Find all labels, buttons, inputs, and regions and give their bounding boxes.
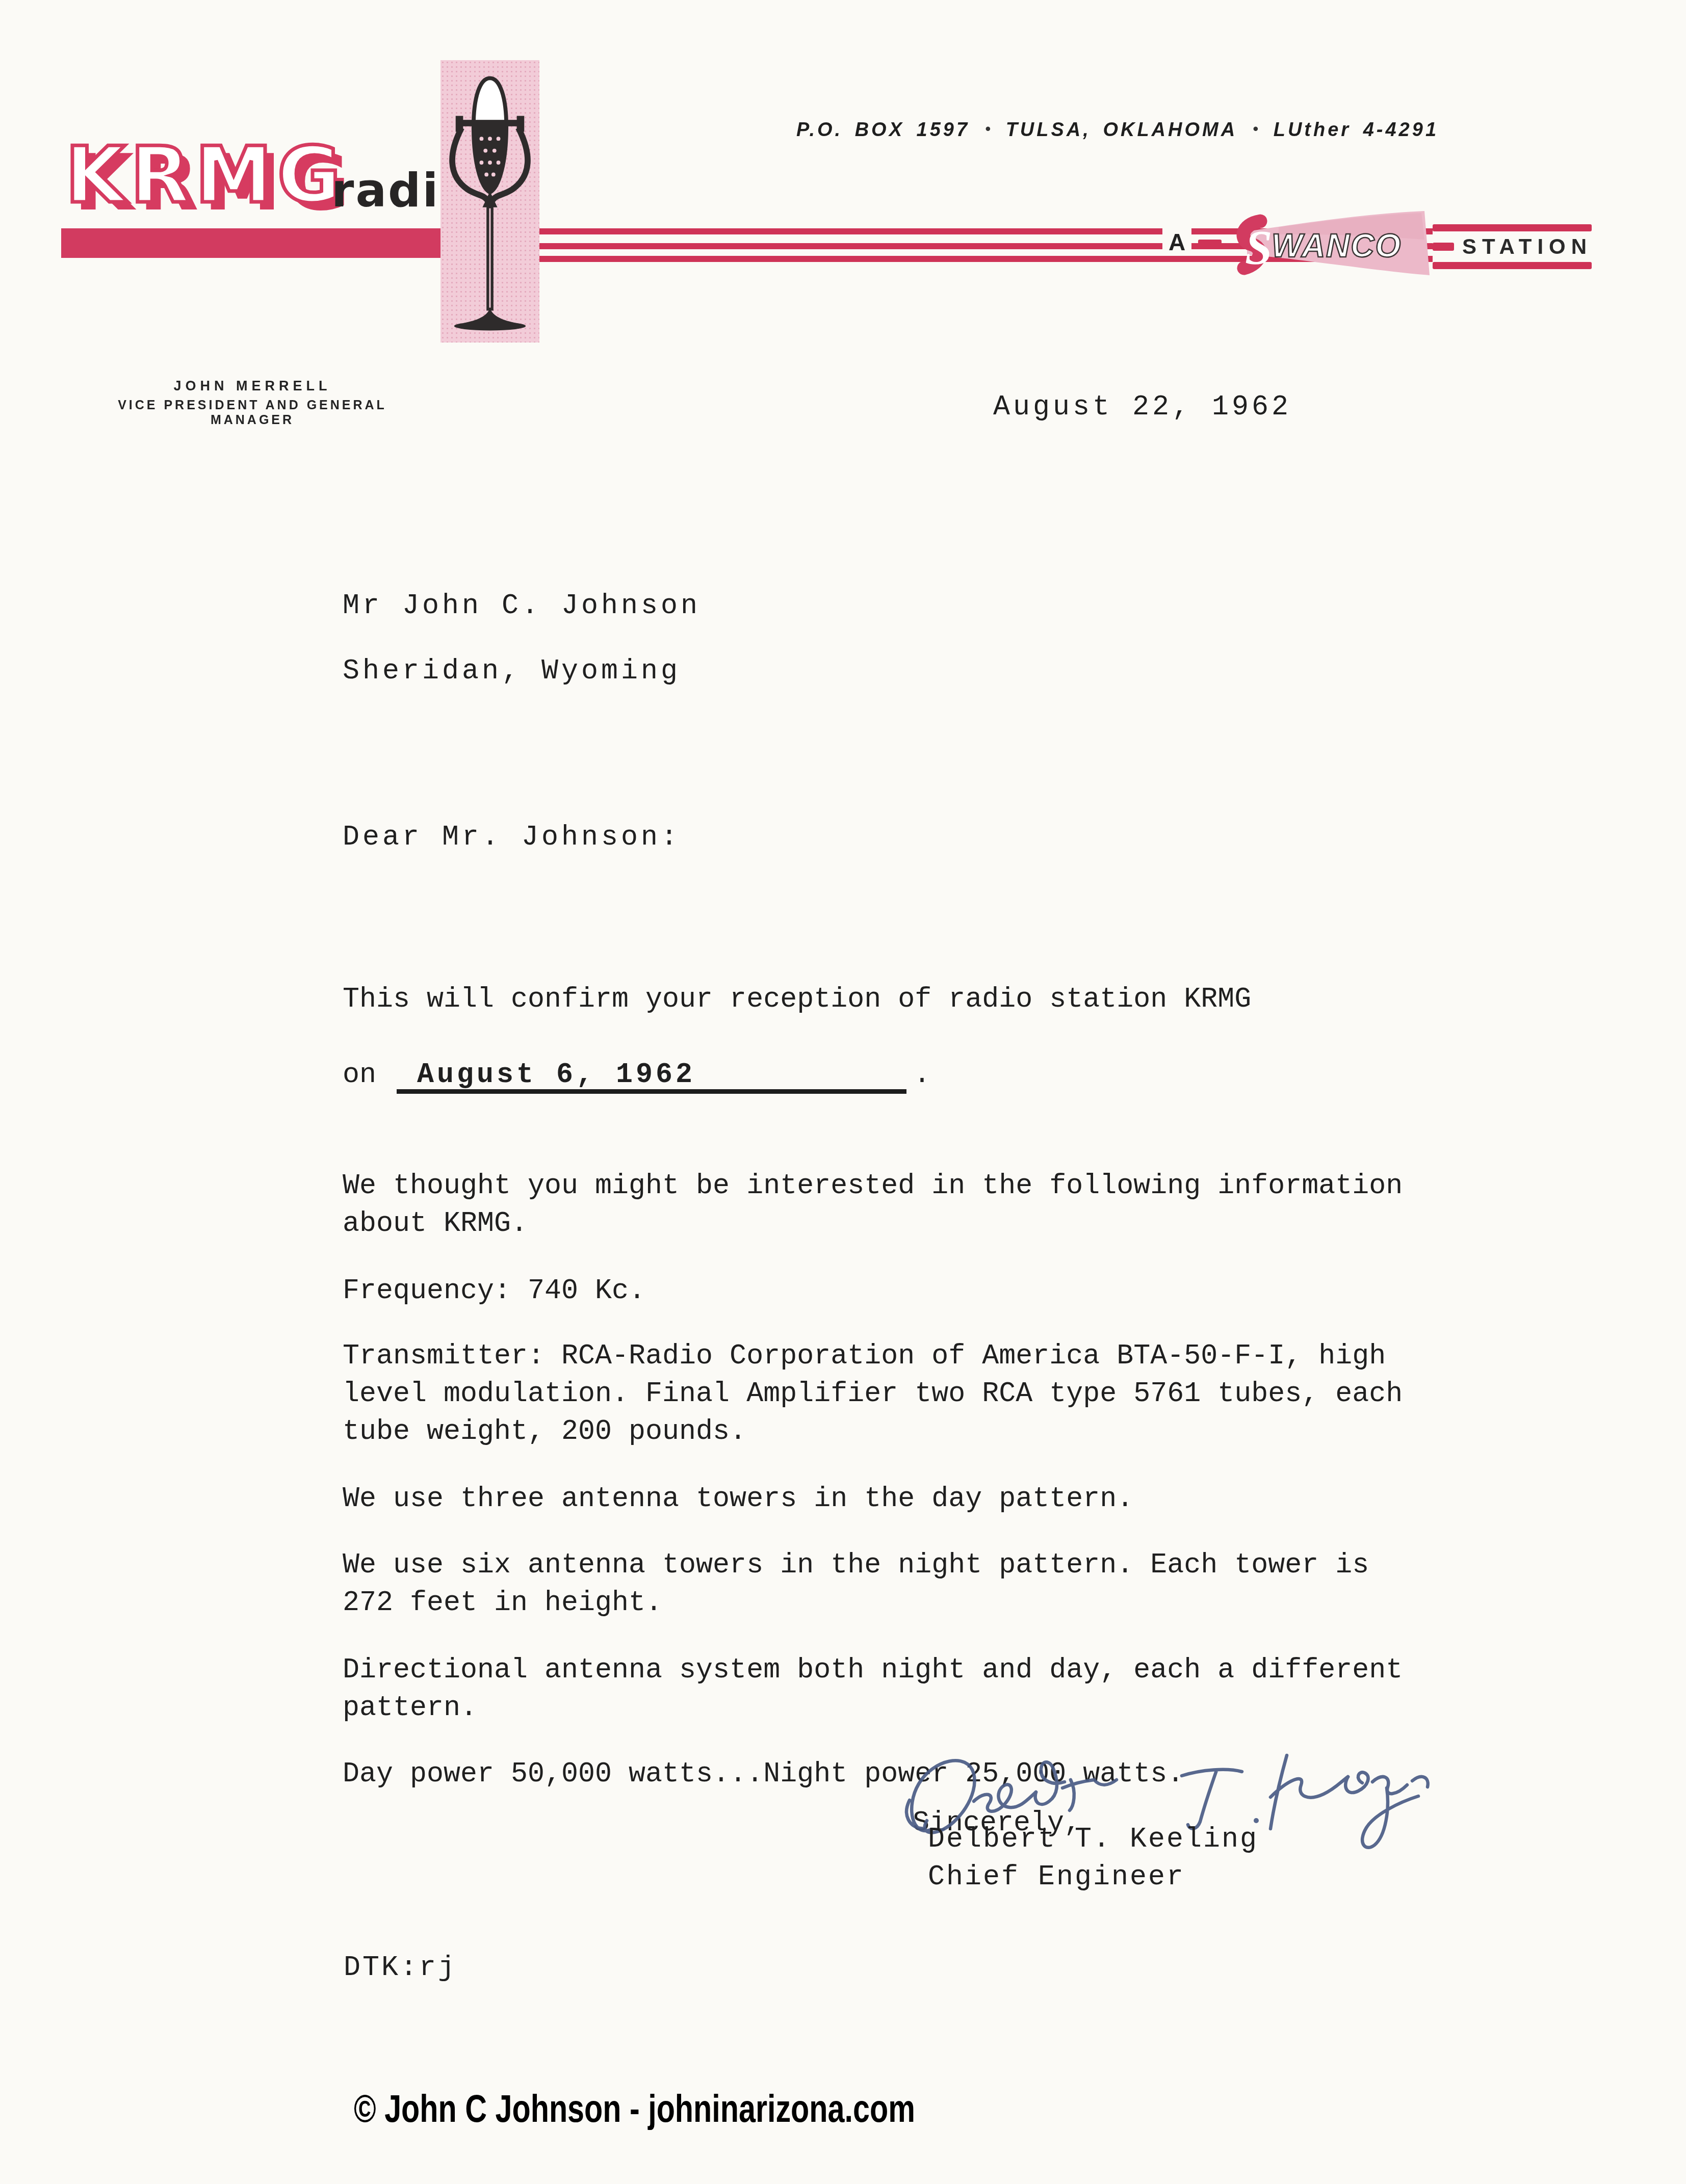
swanco-brand-s: S <box>1245 220 1272 275</box>
officer-name: JOHN MERRELL <box>76 378 428 394</box>
salutation: Dear Mr. Johnson: <box>343 819 681 856</box>
reception-date-value: August 6, 1962 <box>397 1059 695 1091</box>
swanco-brand-rest: WANCO <box>1272 227 1402 264</box>
swanco-banner: A S WANCO STATION <box>1157 208 1606 284</box>
swanco-dash <box>1433 243 1454 251</box>
typist-reference: DTK:rj <box>344 1949 457 1987</box>
paragraph-night-towers: We use six antenna towers in the night p… <box>343 1546 1505 1622</box>
microphone-panel <box>440 60 539 343</box>
recipient-name: Mr John C. Johnson <box>343 587 701 625</box>
paragraph-info: We thought you might be interested in th… <box>343 1167 1505 1243</box>
station-stripe-top <box>1433 224 1592 231</box>
recipient-city: Sheridan, Wyoming <box>343 652 701 690</box>
megaphone-icon: S WANCO <box>1217 209 1437 283</box>
recipient-address: Mr John C. Johnson Sheridan, Wyoming <box>343 587 701 690</box>
microphone-icon <box>440 64 539 339</box>
copyright-credit: © John C Johnson - johninarizona.com <box>354 2087 915 2131</box>
contact-line: P.O. BOX 1597•TULSA, OKLAHOMA•LUther 4-4… <box>796 119 1439 141</box>
station-stripe-bottom <box>1433 262 1592 269</box>
paragraph-frequency: Frequency: 740 Kc. <box>343 1272 1505 1310</box>
phone: LUther 4-4291 <box>1274 119 1439 141</box>
letterhead-accent-bar <box>61 228 440 258</box>
signer-block: Delbert T. Keeling Chief Engineer <box>928 1821 1258 1896</box>
paragraph-transmitter: Transmitter: RCA-Radio Corporation of Am… <box>343 1337 1505 1451</box>
station-chip: STATION <box>1433 224 1592 269</box>
letter-text: This will confirm your reception of radi… <box>343 943 1505 1842</box>
signer-title: Chief Engineer <box>928 1858 1258 1896</box>
confirmation-prefix: on <box>343 1059 376 1091</box>
po-box: P.O. BOX 1597 <box>796 119 970 141</box>
officer-block: JOHN MERRELL VICE PRESIDENT AND GENERAL … <box>76 378 428 428</box>
paragraph-day-towers: We use three antenna towers in the day p… <box>343 1480 1505 1518</box>
scanned-letter-page: KRMG radio P.O. BOX 1597•TULSA, O <box>0 0 1686 2184</box>
bullet-separator-icon: • <box>1253 121 1258 138</box>
bullet-separator-icon: • <box>985 121 991 138</box>
signer-name: Delbert T. Keeling <box>928 1821 1258 1858</box>
officer-title: VICE PRESIDENT AND GENERAL MANAGER <box>76 398 428 428</box>
confirmation-line1: This will confirm your reception of radi… <box>343 981 1505 1018</box>
confirmation-line2: onAugust 6, 1962. <box>343 1056 1505 1094</box>
city: TULSA, OKLAHOMA <box>1006 119 1238 141</box>
swanco-prefix: A <box>1162 228 1191 256</box>
station-logo: KRMG <box>65 137 346 214</box>
swanco-suffix: STATION <box>1462 234 1592 259</box>
confirmation-period: . <box>914 1059 930 1091</box>
confirmation-paragraph: This will confirm your reception of radi… <box>343 943 1505 1132</box>
paragraph-directional: Directional antenna system both night an… <box>343 1651 1505 1727</box>
reception-date-blank: August 6, 1962 <box>397 1061 906 1094</box>
letter-date: August 22, 1962 <box>993 388 1291 426</box>
